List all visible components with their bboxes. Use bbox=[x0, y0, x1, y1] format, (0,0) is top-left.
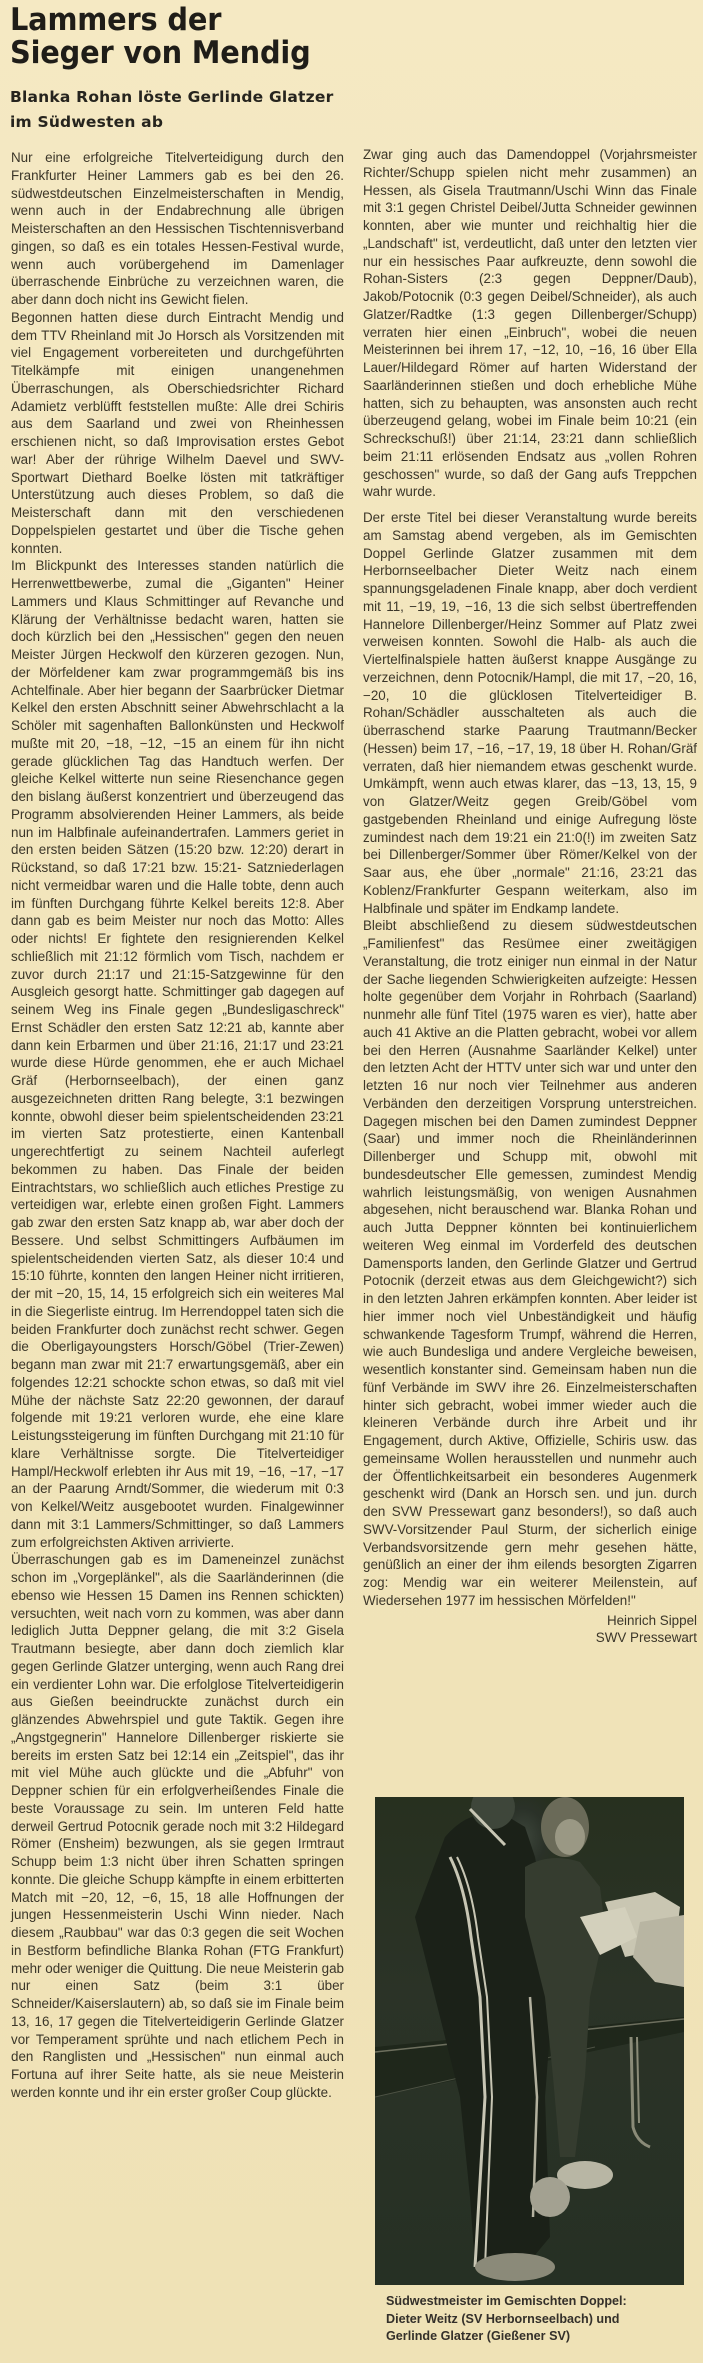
paragraph-intro: Nur eine erfolgreiche Titelverteidigung … bbox=[11, 149, 344, 309]
paragraph-womens-doubles: Zwar ging auch das Damendoppel (Vorjahrs… bbox=[363, 146, 697, 501]
caption-line-2: Dieter Weitz (SV Herbornseelbach) und bbox=[386, 2312, 620, 2326]
caption-line-3: Gerlinde Glatzer (Gießener SV) bbox=[386, 2329, 570, 2343]
headline-line-1: Lammers der bbox=[10, 2, 221, 38]
subheadline: Blanka Rohan löste Gerlinde Glatzer im S… bbox=[10, 85, 340, 135]
headline-line-2: Sieger von Mendig bbox=[10, 35, 311, 71]
author-role: SWV Pressewart bbox=[363, 1629, 697, 1647]
article-column-right: Zwar ging auch das Damendoppel (Vorjahrs… bbox=[363, 146, 697, 1647]
paragraph-summary: Bleibt abschließend zu diesem südwestdeu… bbox=[363, 917, 697, 1609]
paragraph-mixed-doubles: Der erste Titel bei dieser Veranstaltung… bbox=[363, 509, 697, 917]
paragraph-mens-events: Im Blickpunkt des Interesses standen nat… bbox=[11, 557, 344, 1551]
paragraph-organization: Begonnen hatten diese durch Eintracht Me… bbox=[11, 309, 344, 558]
author-signature: Heinrich Sippel SWV Pressewart bbox=[363, 1612, 697, 1648]
subheadline-line-1: Blanka Rohan löste Gerlinde Glatzer bbox=[10, 88, 333, 106]
photo-caption: Südwestmeister im Gemischten Doppel: Die… bbox=[386, 2293, 686, 2346]
paragraph-womens-singles: Überraschungen gab es im Dameneinzel zun… bbox=[11, 1551, 344, 2101]
article-column-left: Nur eine erfolgreiche Titelverteidigung … bbox=[11, 149, 344, 2102]
headline: Lammers der Sieger von Mendig bbox=[10, 4, 317, 70]
newspaper-page: Lammers der Sieger von Mendig Blanka Roh… bbox=[0, 0, 703, 2363]
author-name: Heinrich Sippel bbox=[363, 1612, 697, 1630]
caption-line-1: Südwestmeister im Gemischten Doppel: bbox=[386, 2294, 627, 2308]
photo-mixed-doubles-champions bbox=[375, 1797, 684, 2285]
subheadline-line-2: im Südwesten ab bbox=[10, 113, 163, 131]
photo-illustration bbox=[375, 1797, 684, 2285]
